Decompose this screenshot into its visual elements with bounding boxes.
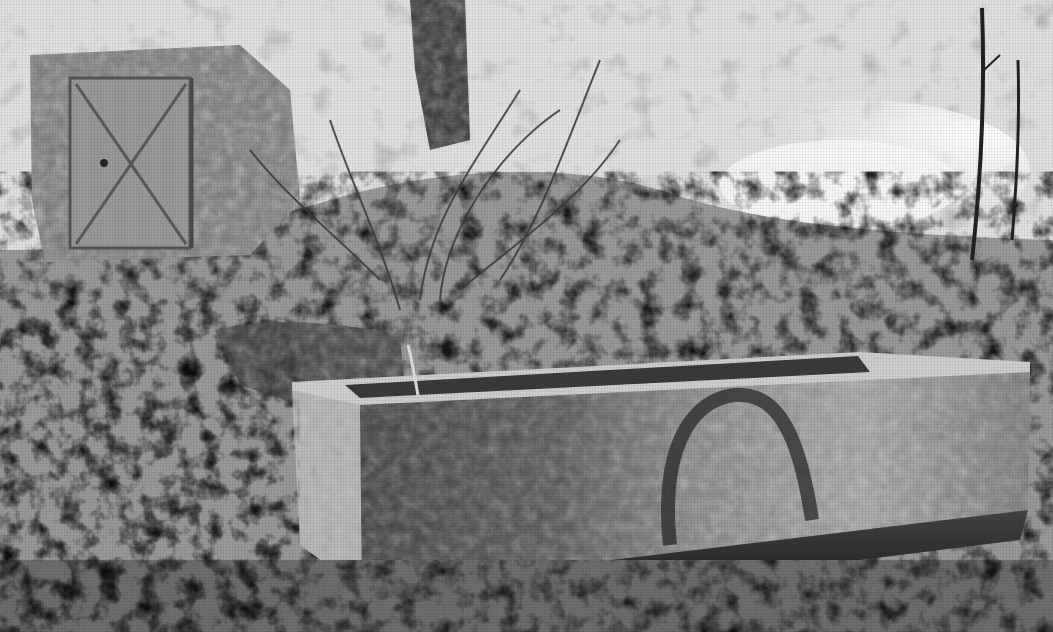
photograph [0,0,1053,632]
stone-wall-with-door [30,45,300,262]
scene [0,0,1053,632]
door-keyhole [100,159,108,167]
